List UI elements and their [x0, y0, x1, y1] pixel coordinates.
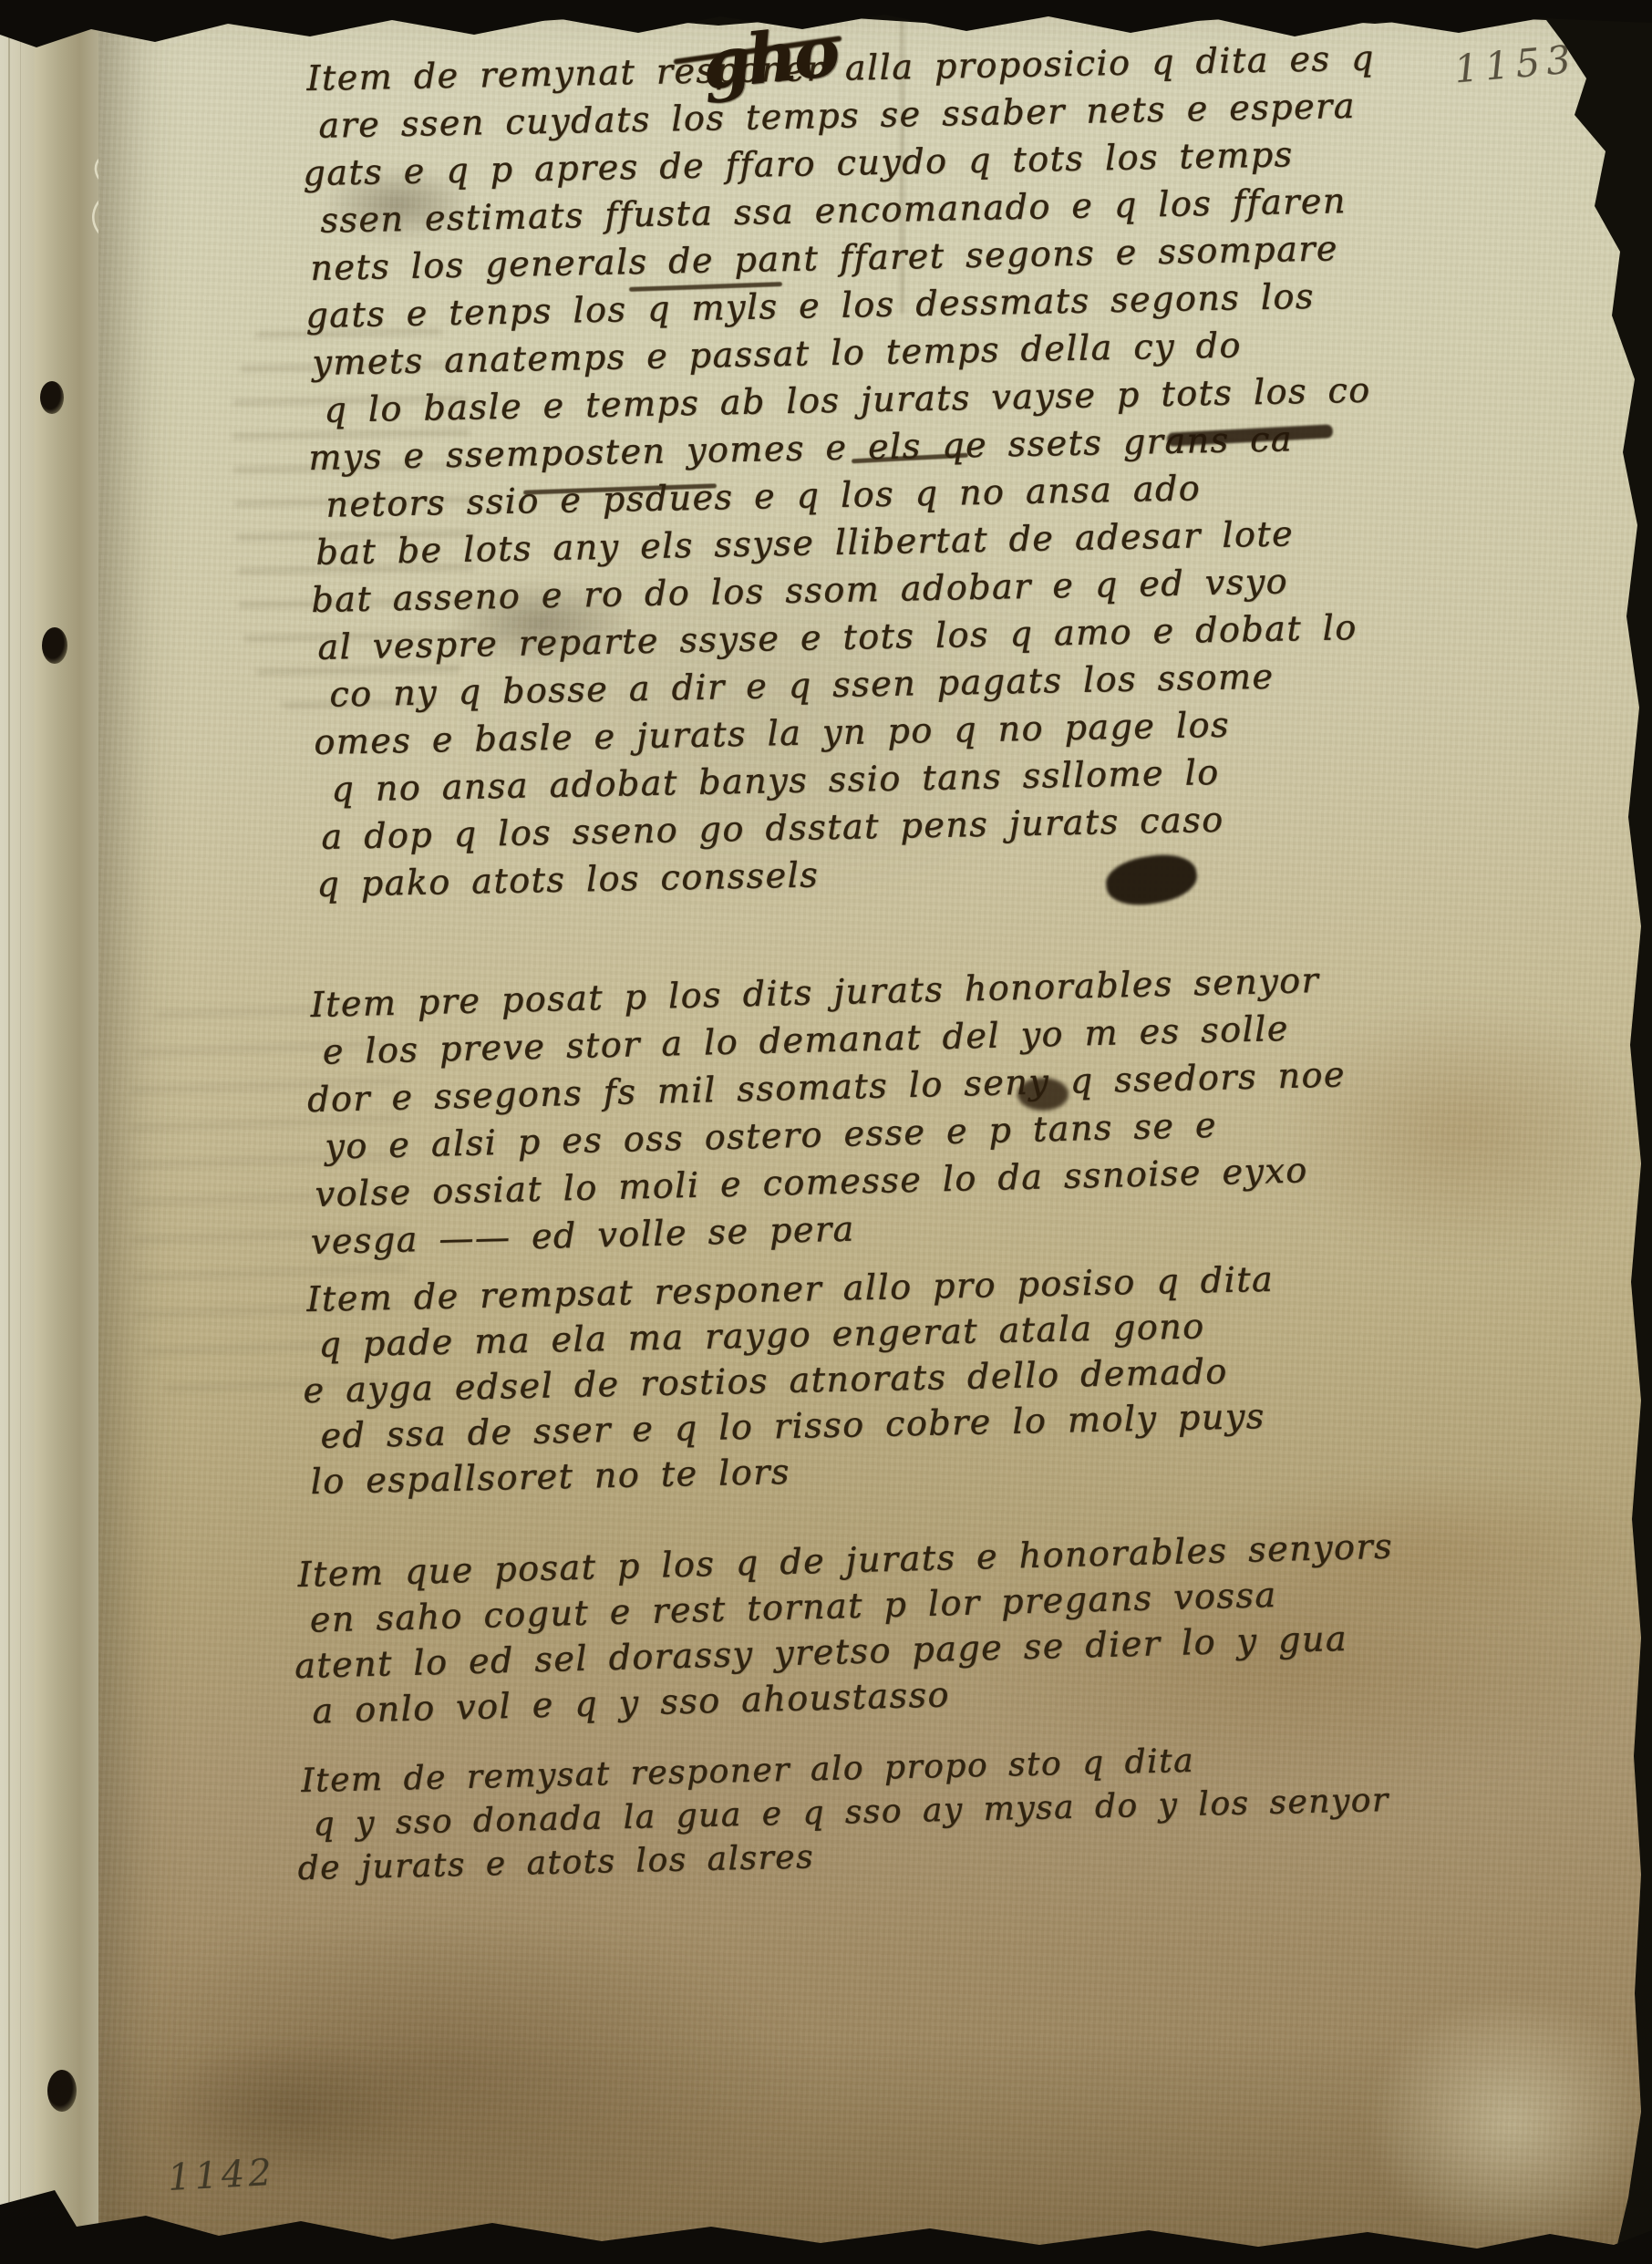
- paragraph-2: Item pre posat p los dits jurats honorab…: [310, 956, 1349, 1266]
- ink-blot: [1017, 1078, 1069, 1111]
- paper-highlight: [1375, 2000, 1648, 2247]
- folio-number-top-right: 1153: [1452, 40, 1578, 89]
- paragraph-3: Item de rempsat responer allo pro posiso…: [306, 1256, 1278, 1504]
- manuscript-page: gho 1153 1142 Item de remynat responer a…: [98, 13, 1641, 2252]
- paragraph-4: Item que posat p los q de jurats e honor…: [297, 1524, 1398, 1734]
- sewing-hole: [40, 381, 64, 414]
- page-edge-line: [8, 9, 10, 2232]
- sewing-hole: [42, 627, 67, 664]
- header-flourish: gho: [673, 16, 965, 199]
- underlying-page-edges: [0, 9, 36, 2232]
- manuscript-scan: gho 1153 1142 Item de remynat responer a…: [0, 0, 1652, 2264]
- sewing-hole: [47, 2070, 77, 2112]
- paragraph-5: Item de remysat responer alo propo sto q…: [301, 1735, 1390, 1891]
- page-edge-line: [20, 9, 21, 2232]
- folio-number-bottom-left: 1142: [167, 2155, 276, 2197]
- header-flourish-mark: gho: [698, 17, 839, 100]
